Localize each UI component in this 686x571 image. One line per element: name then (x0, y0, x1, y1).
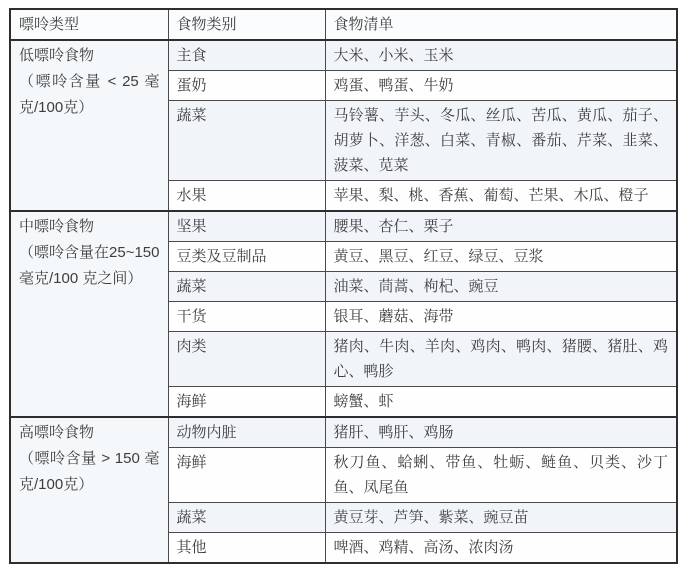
food-category-cell: 蔬菜 (168, 272, 325, 302)
purine-type-cell: 中嘌呤食物（嘌呤含量在25~150 毫克/100 克之间） (10, 211, 168, 417)
purine-type-detail: （嘌呤含量 < 25 毫克/100克） (19, 69, 160, 121)
column-header-food-list: 食物清单 (325, 9, 677, 40)
food-list-cell: 猪肝、鸭肝、鸡肠 (325, 417, 677, 448)
food-category-cell: 坚果 (168, 211, 325, 242)
purine-type-cell: 高嘌呤食物（嘌呤含量 > 150 毫克/100克） (10, 417, 168, 563)
food-category-cell: 其他 (168, 533, 325, 564)
food-list-cell: 鸡蛋、鸭蛋、牛奶 (325, 71, 677, 101)
food-category-cell: 海鲜 (168, 387, 325, 418)
food-category-cell: 干货 (168, 302, 325, 332)
purine-food-table: 嘌呤类型 食物类别 食物清单 低嘌呤食物（嘌呤含量 < 25 毫克/100克）主… (9, 8, 678, 564)
food-category-cell: 海鲜 (168, 448, 325, 503)
purine-type-name: 高嘌呤食物 (19, 420, 160, 446)
column-header-purine-type: 嘌呤类型 (10, 9, 168, 40)
purine-type-name: 低嘌呤食物 (19, 43, 160, 69)
food-category-cell: 主食 (168, 40, 325, 71)
food-category-cell: 水果 (168, 181, 325, 212)
food-list-cell: 黄豆芽、芦笋、紫菜、豌豆苗 (325, 503, 677, 533)
food-row: 低嘌呤食物（嘌呤含量 < 25 毫克/100克）主食大米、小米、玉米 (10, 40, 677, 71)
food-row: 中嘌呤食物（嘌呤含量在25~150 毫克/100 克之间）坚果腰果、杏仁、栗子 (10, 211, 677, 242)
column-header-food-category: 食物类别 (168, 9, 325, 40)
food-category-cell: 动物内脏 (168, 417, 325, 448)
food-list-cell: 银耳、蘑菇、海带 (325, 302, 677, 332)
food-category-cell: 蔬菜 (168, 503, 325, 533)
food-list-cell: 油菜、茼蒿、枸杞、豌豆 (325, 272, 677, 302)
food-category-cell: 豆类及豆制品 (168, 242, 325, 272)
purine-type-detail: （嘌呤含量 > 150 毫克/100克） (19, 446, 160, 498)
food-category-cell: 蔬菜 (168, 101, 325, 181)
table-header-row: 嘌呤类型 食物类别 食物清单 (10, 9, 677, 40)
purine-type-cell: 低嘌呤食物（嘌呤含量 < 25 毫克/100克） (10, 40, 168, 211)
food-list-cell: 黄豆、黑豆、红豆、绿豆、豆浆 (325, 242, 677, 272)
food-list-cell: 螃蟹、虾 (325, 387, 677, 418)
purine-type-detail: （嘌呤含量在25~150 毫克/100 克之间） (19, 240, 160, 292)
food-row: 高嘌呤食物（嘌呤含量 > 150 毫克/100克）动物内脏猪肝、鸭肝、鸡肠 (10, 417, 677, 448)
purine-food-table-page: 嘌呤类型 食物类别 食物清单 低嘌呤食物（嘌呤含量 < 25 毫克/100克）主… (0, 0, 686, 571)
food-list-cell: 马铃薯、芋头、冬瓜、丝瓜、苦瓜、黄瓜、茄子、胡萝卜、洋葱、白菜、青椒、番茄、芹菜… (325, 101, 677, 181)
purine-type-name: 中嘌呤食物 (19, 214, 160, 240)
food-category-cell: 蛋奶 (168, 71, 325, 101)
food-list-cell: 大米、小米、玉米 (325, 40, 677, 71)
food-list-cell: 啤酒、鸡精、高汤、浓肉汤 (325, 533, 677, 564)
table-body: 低嘌呤食物（嘌呤含量 < 25 毫克/100克）主食大米、小米、玉米蛋奶鸡蛋、鸭… (10, 40, 677, 563)
food-list-cell: 苹果、梨、桃、香蕉、葡萄、芒果、木瓜、橙子 (325, 181, 677, 212)
food-category-cell: 肉类 (168, 332, 325, 387)
food-list-cell: 秋刀鱼、蛤蜊、带鱼、牡蛎、鲢鱼、贝类、沙丁鱼、凤尾鱼 (325, 448, 677, 503)
food-list-cell: 猪肉、牛肉、羊肉、鸡肉、鸭肉、猪腰、猪肚、鸡心、鸭胗 (325, 332, 677, 387)
food-list-cell: 腰果、杏仁、栗子 (325, 211, 677, 242)
